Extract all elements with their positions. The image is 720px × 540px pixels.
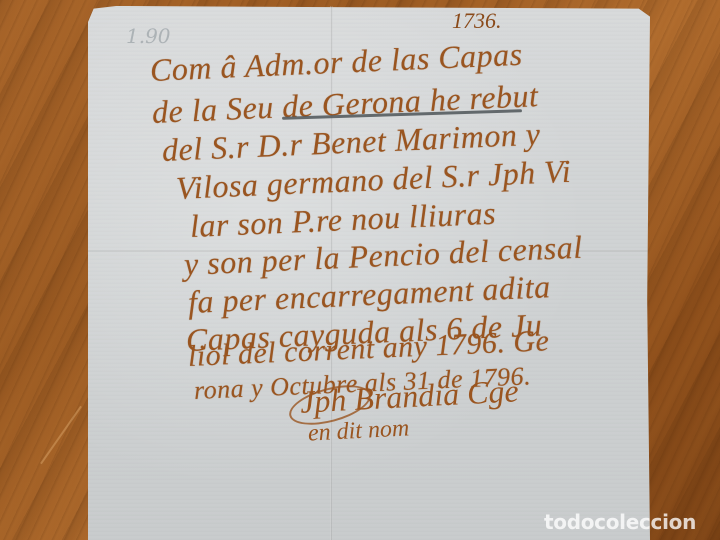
watermark: todocoleccion xyxy=(544,510,696,534)
year-header: 1736. xyxy=(452,8,502,34)
signature-note: en dit nom xyxy=(307,415,410,447)
pencil-annotation: 1.90 xyxy=(126,24,171,48)
wood-scratch xyxy=(40,406,82,464)
